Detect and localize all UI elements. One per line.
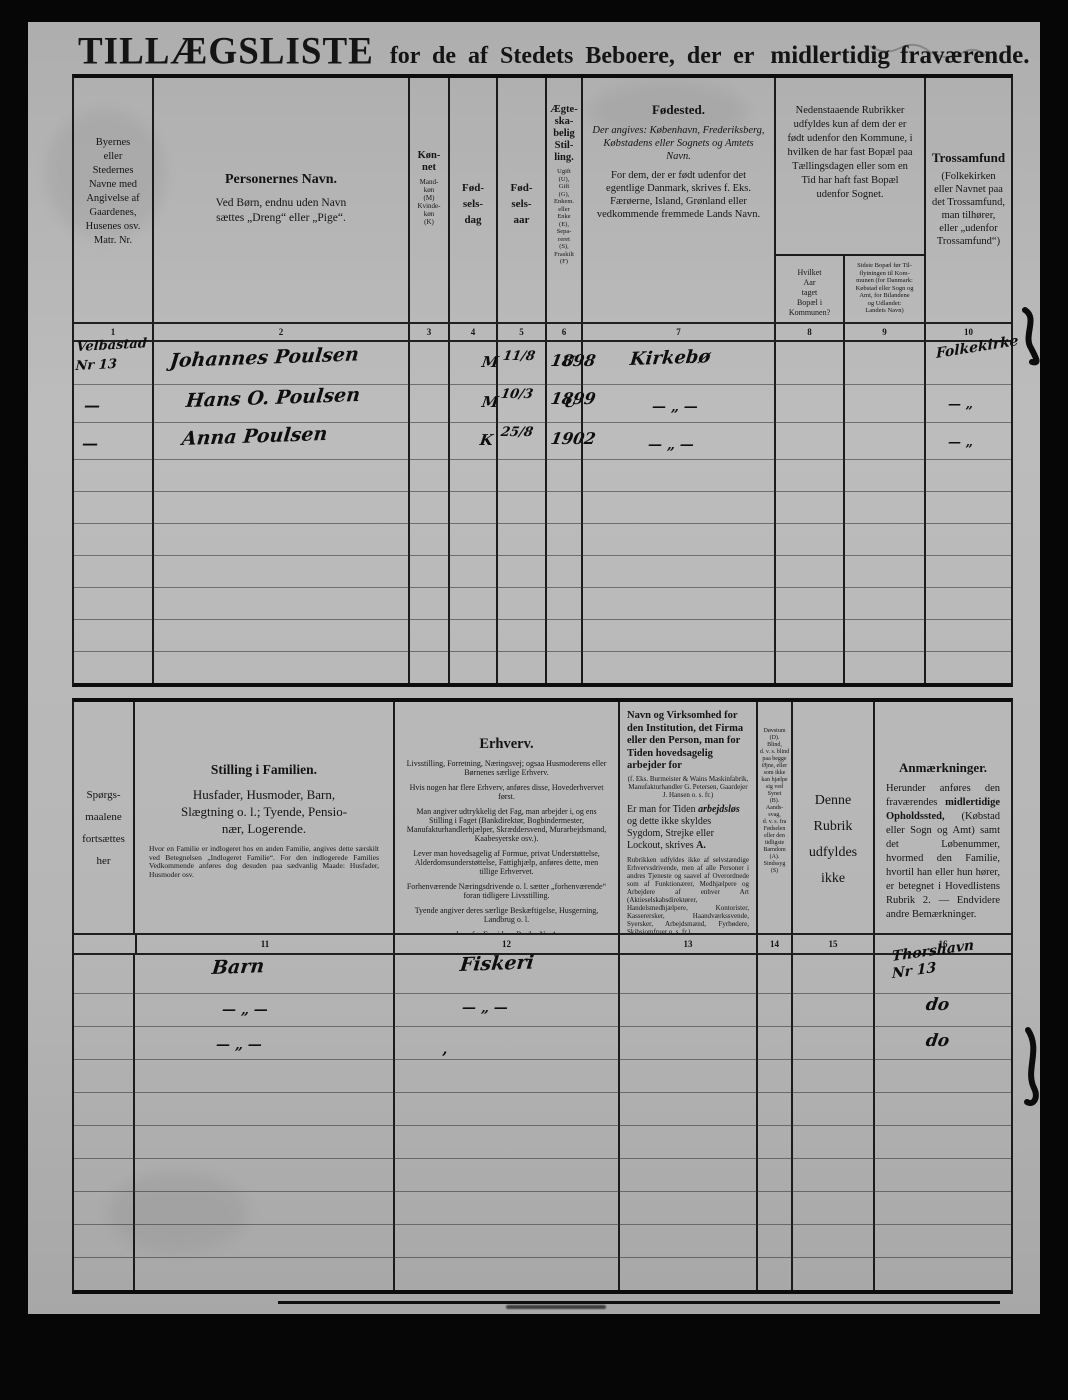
remarks-post: (Købstad eller Sogn og Amt) samt det Løb…	[886, 811, 1000, 920]
lower-table-column-numbers: 11 12 13 14 15 16	[74, 933, 1011, 955]
header-col-employer-p2: Er man for Tiden arbejdsløs og dette ikk…	[627, 804, 749, 852]
col-number: 4	[450, 324, 498, 340]
header-col-employer-fine1: (f. Eks. Burmeister & Wains Maskinfabrik…	[627, 775, 749, 799]
column-divider	[545, 342, 547, 683]
occupation-note: Lever man hovedsagelig af Formue, privat…	[405, 849, 608, 876]
header-col-family-position: Stilling i Familien. Husfader, Husmoder,…	[135, 702, 395, 933]
occupation-note: Hvis nogen har flere Erhverv, anføres di…	[405, 783, 608, 801]
col-number: 15	[793, 935, 875, 953]
header-group-migration: Nedenstaaende Rubrikker udfyldes kun af …	[776, 78, 926, 322]
ruled-line	[74, 384, 1011, 385]
title-middle-text: for de af Stedets Beboere, der er	[390, 43, 755, 70]
column-divider	[152, 342, 154, 683]
header-col-disabilities: Døvstum(D).Blind,d. v. s. blindpaa begge…	[758, 702, 793, 933]
entry-occupation-mark: ‚	[442, 1039, 448, 1058]
ruled-line	[74, 422, 1011, 423]
entry-remarks-ditto: do	[925, 995, 951, 1015]
entry-family-position: Barn	[211, 955, 265, 979]
header-side-label: Spørgs-maalenefortsættesher	[74, 702, 135, 933]
entry-place-ditto: —	[82, 434, 98, 453]
ruled-line	[74, 1224, 1011, 1225]
header-col-religion: Trossamfund (Folkekirken eller Navnet pa…	[926, 78, 1011, 322]
entry-birthday: 11/8	[502, 349, 537, 364]
entry-religion-ditto: — „	[948, 435, 973, 450]
lower-table: Spørgs-maalenefortsættesher Stilling i F…	[72, 698, 1013, 1294]
ruled-line	[74, 523, 1011, 524]
header-col-occupation: Erhverv. Livsstilling, Forretning, Nærin…	[395, 702, 620, 933]
ruled-line	[74, 1257, 1011, 1258]
entry-occupation: Fiskeri	[459, 951, 535, 976]
ruled-line	[74, 587, 1011, 588]
column-divider	[873, 955, 875, 1290]
title-word-tillaegsliste: TILLÆGSLISTE	[78, 29, 374, 74]
ruled-line	[74, 993, 1011, 994]
printer-imprint	[506, 1305, 606, 1309]
entry-birthplace-ditto: — „ —	[652, 399, 698, 415]
col-number: 5	[498, 324, 547, 340]
scanned-census-sheet: TILLÆGSLISTE for de af Stedets Beboere, …	[0, 0, 1068, 1400]
entry-birthday: 25/8	[500, 425, 535, 440]
header-group-migration-intro: Nedenstaaende Rubrikker udfyldes kun af …	[776, 78, 924, 256]
ruled-line	[74, 1158, 1011, 1159]
column-divider	[408, 342, 410, 683]
col-number: 8	[776, 324, 845, 340]
scan-frame-right	[1040, 0, 1068, 1400]
column-divider	[756, 955, 758, 1290]
entry-name: Johannes Poulsen	[169, 343, 360, 372]
col-number: 2	[154, 324, 410, 340]
header-col-occupation-title: Erhverv.	[395, 702, 618, 753]
header-col-marital-sub: Ugift(U),Gift(G),Enkem.ellerEnke(E),Sepa…	[547, 168, 581, 266]
header-col-sex-sub: Mand-køn(M)Kvinde-køn(K)	[410, 178, 448, 226]
entry-religion-ditto: — „	[948, 397, 973, 412]
ruled-line	[74, 491, 1011, 492]
header-col-remarks: Anmærkninger. Herunder anføres den fravæ…	[875, 702, 1011, 933]
col-number: 11	[135, 935, 395, 953]
header-col-birthplace-p2: For dem, der er født udenfor det egentli…	[591, 169, 766, 221]
entry-sex: M	[481, 393, 500, 411]
header-col-birthyear: Fød-sels-aar	[498, 78, 547, 322]
entry-birthyear: 1902	[549, 429, 597, 448]
ruled-line	[74, 1059, 1011, 1060]
scan-frame-left	[0, 0, 28, 1400]
header-col-name: Personernes Navn. Ved Børn, endnu uden N…	[154, 78, 410, 322]
header-col-marital-title: Ægte-ska-beligStil-ling.	[547, 78, 581, 164]
ruled-line	[74, 619, 1011, 620]
ruled-line	[74, 1026, 1011, 1027]
header-col-employer-lead: Navn og Virksomhed for den Institution, …	[627, 710, 749, 773]
col-number: 3	[410, 324, 450, 340]
header-col-sex: Køn-net Mand-køn(M)Kvinde-køn(K)	[410, 78, 450, 322]
lower-table-body: Barn Fiskeri ThorshavnNr 13 — „ — — „ — …	[74, 955, 1011, 1290]
col-number: 7	[583, 324, 776, 340]
occupation-note: Jævnfør Forsidens Regler Nr. 4.	[405, 930, 608, 933]
header-col-remarks-title: Anmærkninger.	[875, 702, 1011, 776]
ruled-line	[74, 1191, 1011, 1192]
col-number: 6	[547, 324, 583, 340]
header-col-remarks-body: Herunder anføres den fraværendes midlert…	[886, 782, 1000, 922]
header-col-birthplace-title: Fødested.	[583, 78, 774, 118]
bottom-double-rule	[278, 1301, 1000, 1304]
header-col-not-filled: DenneRubrikudfyldesikke	[793, 702, 875, 933]
occupation-note: Livsstilling, Forretning, Næringsvej; og…	[405, 759, 608, 777]
col-number: 12	[395, 935, 620, 953]
header-col-settle-year: HvilketAartagetBopæl iKommunen?	[776, 256, 845, 322]
entry-birthday: 10/3	[500, 387, 535, 402]
column-divider	[618, 955, 620, 1290]
lower-table-header: Spørgs-maalenefortsættesher Stilling i F…	[74, 702, 1011, 933]
margin-bracket-mark	[1025, 310, 1037, 362]
ruled-line	[74, 555, 1011, 556]
margin-bracket-mark	[1027, 1030, 1036, 1103]
header-group-migration-subrow: HvilketAartagetBopæl iKommunen? Sidste B…	[776, 256, 924, 322]
header-col-place: ByernesellerStedernesNavne medAngivelse …	[74, 78, 154, 322]
header-col-family-position-main: Husfader, Husmoder, Barn,Slægtning o. l.…	[135, 786, 393, 837]
upper-table-header: ByernesellerStedernesNavne medAngivelse …	[74, 78, 1011, 322]
ruled-line	[74, 459, 1011, 460]
entry-name: Anna Poulsen	[181, 423, 329, 450]
entry-sex: M	[481, 353, 500, 371]
occupation-note: Man angiver udtrykkelig det Fag, man arb…	[405, 807, 608, 843]
entry-place: VelbastadNr 13	[75, 334, 147, 376]
upper-table-body: VelbastadNr 13 Johannes Poulsen M 11/8 1…	[74, 342, 1011, 683]
header-col-sex-title: Køn-net	[410, 78, 448, 174]
employer-p2-pre: Er man for Tiden	[627, 804, 698, 815]
paper-page: TILLÆGSLISTE for de af Stedets Beboere, …	[28, 22, 1040, 1314]
entry-place-ditto: —	[84, 396, 100, 415]
title-bold-tail: midlertidig fraværende.	[770, 42, 1029, 70]
column-divider	[448, 342, 450, 683]
header-col-marital: Ægte-ska-beligStil-ling. Ugift(U),Gift(G…	[547, 78, 583, 322]
header-col-name-sub: Ved Børn, endnu uden Navnsættes „Dreng“ …	[154, 196, 408, 226]
ruled-line	[74, 1092, 1011, 1093]
entry-family-position-ditto: — „ —	[222, 1002, 268, 1018]
col-number-spacer	[74, 935, 135, 953]
column-divider	[393, 955, 395, 1290]
entry-sex: K	[479, 431, 495, 449]
header-col-religion-title: Trossamfund	[926, 78, 1011, 166]
ruled-line	[74, 651, 1011, 652]
ruled-line	[74, 1125, 1011, 1126]
column-divider	[133, 955, 135, 1290]
col-number: 14	[758, 935, 793, 953]
page-title: TILLÆGSLISTE for de af Stedets Beboere, …	[78, 30, 1029, 73]
header-col-last-residence: Sidste Bopæl før Til-flytningen til Kom-…	[845, 256, 924, 322]
header-col-employer-fine2: Rubrikken udfyldes ikke af selvstændige …	[627, 856, 749, 934]
occupation-note: Forhenværende Næringsdrivende o. l. sætt…	[405, 882, 608, 900]
entry-marital: U	[563, 395, 577, 411]
col-number: 13	[620, 935, 758, 953]
upper-table: ByernesellerStedernesNavne medAngivelse …	[72, 74, 1013, 687]
header-col-birthplace: Fødested. Der angives: København, Freder…	[583, 78, 776, 322]
entry-name: Hans O. Poulsen	[185, 384, 361, 412]
entry-birthplace: Kirkebø	[629, 346, 712, 370]
employer-p2-bold: A.	[696, 840, 706, 851]
occupation-note: Tyende angiver deres særlige Beskæftigel…	[405, 906, 608, 924]
column-divider	[774, 342, 776, 683]
header-col-birthplace-p1: Der angives: København, Frederiksberg, K…	[591, 124, 766, 163]
scan-frame-bottom	[0, 1314, 1068, 1400]
entry-family-position-ditto: — „ —	[216, 1037, 262, 1053]
entry-marital: U	[561, 354, 575, 370]
header-col-family-position-title: Stilling i Familien.	[135, 702, 393, 778]
column-divider	[791, 955, 793, 1290]
header-col-name-title: Personernes Navn.	[154, 78, 408, 188]
upper-table-column-numbers: 1 2 3 4 5 6 7 8 9 10	[74, 322, 1011, 342]
header-col-family-position-fine: Hvor en Familie er indlogeret hos en and…	[149, 845, 379, 879]
entry-remarks-ditto: do	[925, 1031, 951, 1051]
column-divider	[924, 342, 926, 683]
scan-frame-top	[0, 0, 1068, 22]
header-col-religion-sub: (Folkekirken eller Navnet paa det Trossa…	[932, 170, 1005, 248]
header-col-employer: Navn og Virksomhed for den Institution, …	[620, 702, 758, 933]
employer-p2-italic: arbejdsløs	[698, 804, 740, 815]
entry-occupation-ditto: — „ —	[462, 1000, 508, 1016]
header-col-birthday: Fød-sels-dag	[450, 78, 498, 322]
column-divider	[843, 342, 845, 683]
entry-birthplace-ditto: — „ —	[648, 437, 694, 453]
col-number: 9	[845, 324, 926, 340]
